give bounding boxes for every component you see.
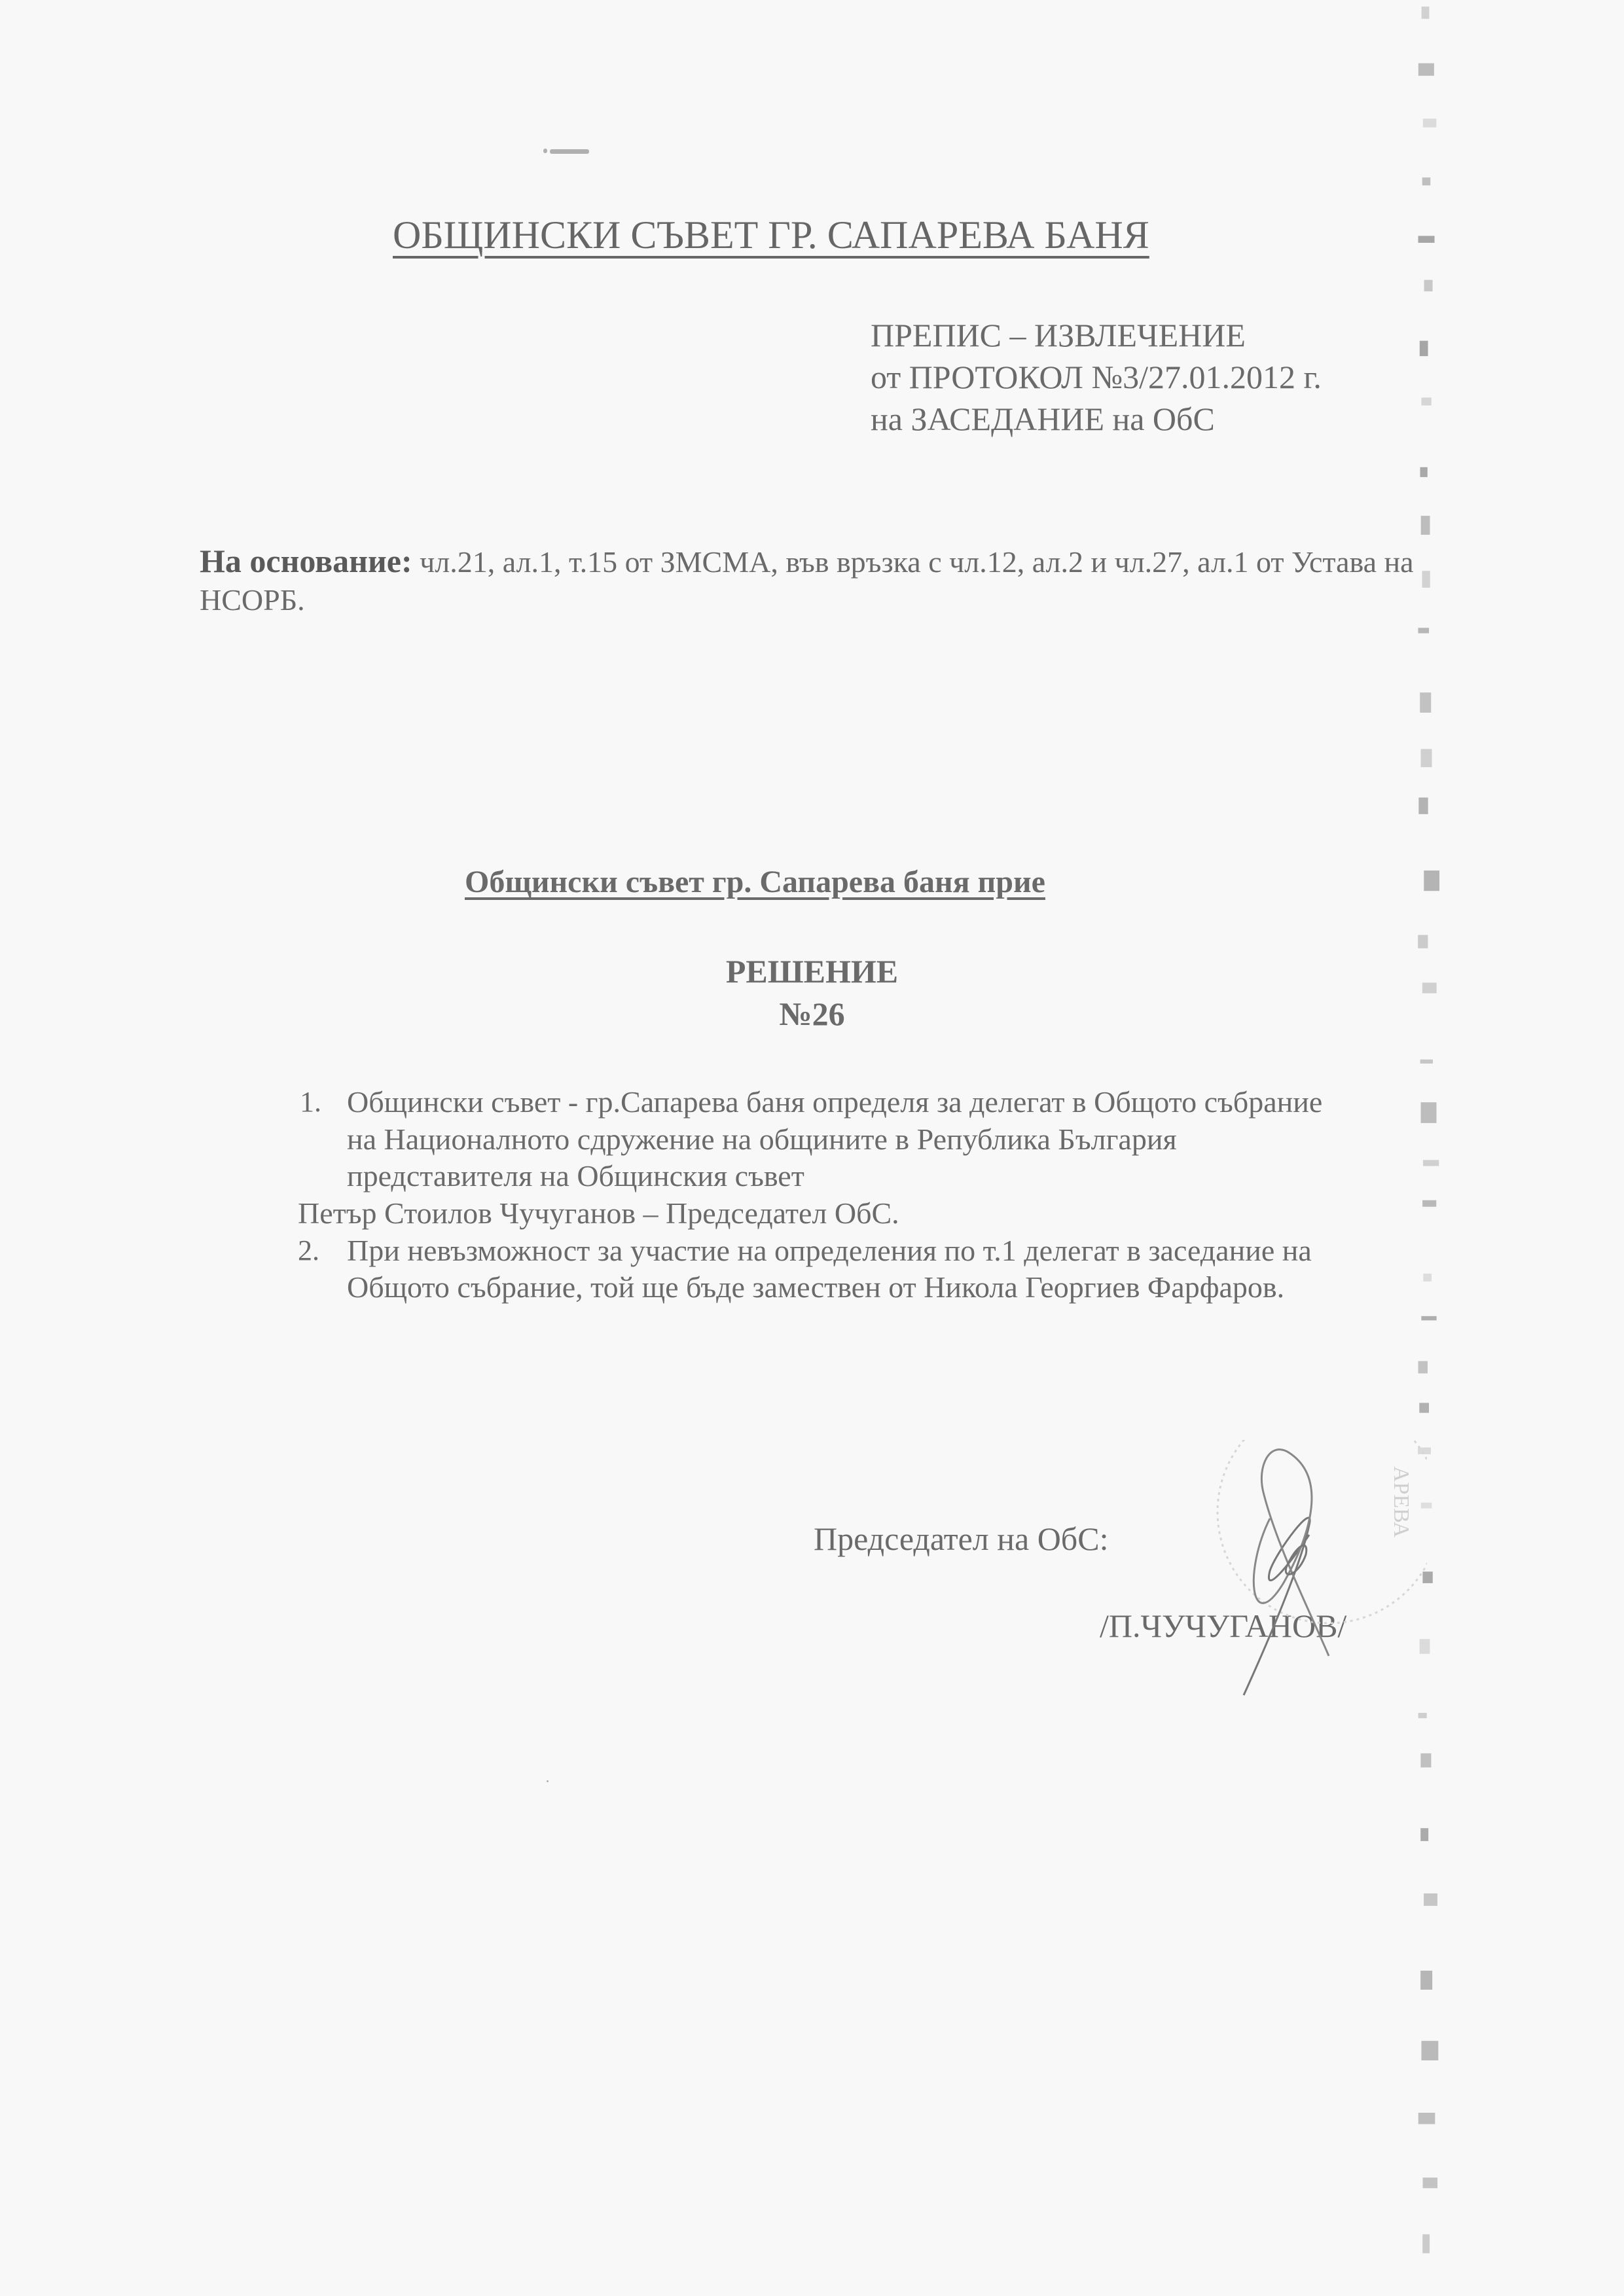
protocol-line-1: ПРЕПИС – ИЗВЛЕЧЕНИЕ	[871, 314, 1322, 356]
scan-speck	[543, 149, 547, 153]
council-title: ОБЩИНСКИ СЪВЕТ ГР. САПАРЕВА БАНЯ	[393, 213, 1149, 258]
chairman-label: Председател на ОбС:	[814, 1520, 1109, 1558]
item-number: 1.	[300, 1083, 321, 1121]
stamp-text: АРЕВА	[1389, 1466, 1413, 1538]
legal-basis: На основание: чл.21, ал.1, т.15 от ЗМСМА…	[200, 542, 1443, 619]
scan-speck	[547, 1780, 549, 1782]
handwritten-signature: АРЕВА	[1178, 1440, 1427, 1715]
delegate-name: Петър Стоилов Чучуганов – Председател Об…	[298, 1194, 899, 1232]
decision-number: №26	[0, 995, 1624, 1033]
adopts-heading: Общински съвет гр. Сапарева баня прие	[465, 864, 1045, 900]
item-line: Общински съвет - гр.Сапарева баня опреде…	[347, 1083, 1322, 1121]
item-number: 2.	[298, 1232, 319, 1270]
item-line: на Националното сдружение на общините в …	[347, 1121, 1177, 1158]
protocol-block: ПРЕПИС – ИЗВЛЕЧЕНИЕ от ПРОТОКОЛ №3/27.01…	[871, 314, 1322, 440]
protocol-line-3: на ЗАСЕДАНИЕ на ОбС	[871, 398, 1322, 440]
protocol-line-2: от ПРОТОКОЛ №3/27.01.2012 г.	[871, 356, 1322, 398]
item-line: Общото събрание, той ще бъде замествен о…	[347, 1268, 1284, 1306]
legal-basis-label: На основание:	[200, 543, 412, 579]
decision-title: РЕШЕНИЕ	[0, 952, 1624, 990]
scan-speck	[550, 149, 589, 154]
scan-edge-artifacts	[1414, 0, 1440, 2296]
item-line: представителя на Общинския съвет	[347, 1157, 804, 1195]
item-line: При невъзможност за участие на определен…	[347, 1232, 1312, 1270]
